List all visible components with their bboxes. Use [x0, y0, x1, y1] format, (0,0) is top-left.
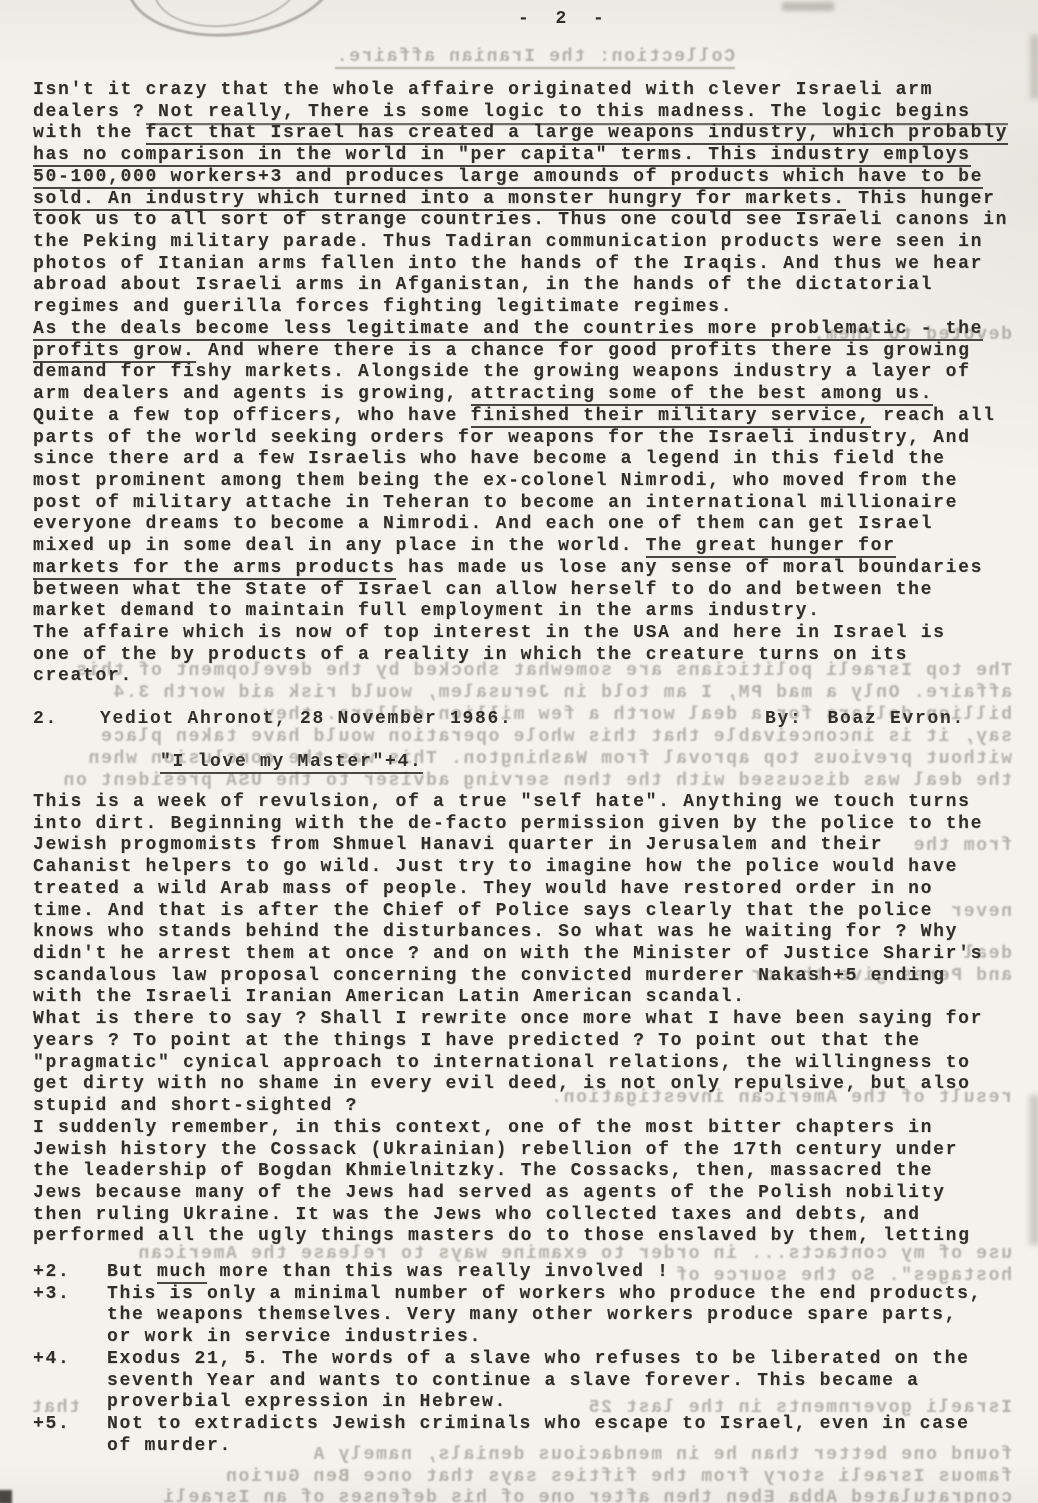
text-line: regimes and guerilla forces fighting leg… [33, 297, 1008, 319]
text-line: has no comparison in the world in "per c… [33, 145, 1008, 167]
text-segment: took us to all sort of strange countries… [33, 210, 1008, 230]
text-line: profits grow. And where there is a chanc… [33, 341, 1008, 363]
text-line: As the deals become less legitimate and … [33, 319, 1008, 341]
text-segment: This hunger [846, 189, 996, 209]
text-line: everyone dreams to become a Nimrodi. And… [33, 514, 1008, 536]
scan-smudge [1030, 35, 1038, 99]
text-segment: the leadership of Bogdan Khmielnitzky. T… [33, 1161, 933, 1181]
text-segment: profits grow. [33, 341, 196, 363]
text-line: years ? To point at the things I have pr… [33, 1031, 983, 1053]
article-title-text: "I love my Master"+4. [160, 752, 423, 774]
text-line: didn't he arrest them at once ? and on w… [33, 944, 983, 966]
text-segment: much [157, 1262, 207, 1284]
text-segment: the Peking military parade. Thus Tadiran… [33, 232, 983, 252]
text-line: of murder. [107, 1436, 970, 1458]
text-segment: reach all [871, 406, 996, 426]
footnote-text: Exodus 21, 5. The words of a slave who r… [107, 1349, 970, 1414]
text-line: Isn't it crazy that the whole affaire or… [33, 80, 1008, 102]
text-line: Not to extradicts Jewish criminals who e… [107, 1414, 970, 1436]
bleedthrough-line: Collection: the Iranian affaire. [333, 47, 735, 69]
text-line: knows who stands behind the disturbances… [33, 922, 983, 944]
text-line: scandalous law proposal concerning the c… [33, 966, 983, 988]
text-segment: knows who stands behind the disturbances… [33, 922, 958, 942]
footnote-marker: +3. [33, 1284, 71, 1306]
text-line: The affaire which is now of top interest… [33, 623, 1008, 645]
text-segment: has no comparison in the world in "per c… [33, 145, 971, 167]
text-segment: didn't he arrest them at once ? and on w… [33, 944, 983, 964]
section-source: Yediot Ahronot, 28 November 1986. [100, 709, 513, 731]
text-segment: parts of the world seeking orders for we… [33, 428, 971, 448]
text-segment: The affaire which is now of top interest… [33, 623, 946, 643]
text-line: Exodus 21, 5. The words of a slave who r… [107, 1349, 970, 1371]
text-segment: sold. An industry which turned into a mo… [33, 189, 846, 211]
scan-smudge [1029, 1095, 1038, 1245]
text-line: This is only a minimal number of workers… [107, 1284, 982, 1306]
text-segment: Cahanist helpers to go wild. Just try to… [33, 857, 958, 877]
text-segment: photos of Itanian arms fallen into the h… [33, 254, 983, 274]
scan-corner-mark [0, 1490, 12, 1503]
text-line: the weapons themselves. Very many other … [107, 1305, 982, 1327]
text-segment: performed all the ugly things masters do… [33, 1226, 971, 1246]
text-segment: years ? To point at the things I have pr… [33, 1031, 921, 1051]
text-segment: stupid and short-sighted ? [33, 1096, 358, 1116]
text-line: with the fact that Israel has created a … [33, 123, 1008, 145]
scan-smudge [782, 2, 834, 11]
text-line: parts of the world seeking orders for we… [33, 428, 1008, 450]
text-segment: one of the by products of a reality in w… [33, 645, 908, 665]
bleedthrough-line: famous Israeli story from the fifties sa… [30, 1467, 1012, 1489]
bleedthrough-text: Collection: the Iranian affaire. [335, 47, 735, 69]
text-segment: attracting some of the best among us. [471, 384, 934, 406]
text-segment: dealers ? Not really, There is some logi… [33, 102, 971, 122]
bleedthrough-text: the deal was discussed with the then ser… [62, 771, 1012, 791]
text-segment: the weapons themselves. Very many other … [107, 1305, 957, 1325]
section-byline: By: Boaz Evron. [765, 709, 965, 731]
text-line: demand for fishy markets. Alongside the … [33, 362, 1008, 384]
text-segment: The great hunger for [646, 536, 896, 558]
article-title: "I love my Master"+4. [160, 752, 423, 774]
text-segment: This is a week of revulsion, of a true "… [33, 792, 971, 812]
text-segment: And where there is a chance for good pro… [196, 341, 971, 361]
text-line: stupid and short-sighted ? [33, 1096, 983, 1118]
text-segment: What is there to say ? Shall I rewrite o… [33, 1009, 983, 1029]
text-line: performed all the ugly things masters do… [33, 1226, 983, 1248]
paragraph-arms-dealers: Isn't it crazy that the whole affaire or… [33, 80, 1008, 688]
footnote-text: But much more than this was really invol… [107, 1262, 670, 1284]
text-line: then ruling Ukraine. It was the Jews who… [33, 1205, 983, 1227]
text-segment: creator. [33, 666, 133, 686]
text-segment: more than this was really involved ! [207, 1262, 670, 1282]
text-segment: of murder. [107, 1436, 232, 1456]
text-line: one of the by products of a reality in w… [33, 645, 1008, 667]
paragraph-i-love-my-master: This is a week of revulsion, of a true "… [33, 792, 983, 1248]
text-line: Jews because many of the Jews had served… [33, 1183, 983, 1205]
text-segment: then ruling Ukraine. It was the Jews who… [33, 1205, 921, 1225]
text-line: post of military attache in Teheran to b… [33, 493, 1008, 515]
text-line: proverbial expression in Hebrew. [107, 1392, 970, 1414]
text-segment: demand for fishy markets. Alongside the … [33, 362, 971, 382]
text-segment: arm dealers and agents is growing, [33, 384, 471, 404]
text-line: mixed up in some deal in any place in th… [33, 536, 1008, 558]
bleedthrough-text: famous Israeli story from the fifties sa… [224, 1467, 1012, 1487]
text-line: get dirty with no shame in every evil de… [33, 1074, 983, 1096]
text-line: or work in service industries. [107, 1327, 982, 1349]
text-segment: I suddenly remember, in this context, on… [33, 1118, 933, 1138]
text-line: photos of Itanian arms fallen into the h… [33, 254, 1008, 276]
text-line: Cahanist helpers to go wild. Just try to… [33, 857, 983, 879]
text-segment: markets for the arms products [33, 558, 396, 580]
text-segment: seventh Year and wants to continue a sla… [107, 1371, 920, 1391]
text-segment: "pragmatic" cynical approach to internat… [33, 1053, 971, 1073]
text-segment: Jewish history the Cossack (Ukrainian) r… [33, 1140, 958, 1160]
text-segment: scandalous law proposal concerning the c… [33, 966, 946, 986]
text-segment: finished their military service, [471, 406, 871, 428]
text-line: But much more than this was really invol… [107, 1262, 670, 1284]
text-segment: everyone dreams to become a Nimrodi. And… [33, 514, 933, 534]
text-line: between what the State of Israel can all… [33, 580, 1008, 602]
text-line: "pragmatic" cynical approach to internat… [33, 1053, 983, 1075]
text-segment: get dirty with no shame in every evil de… [33, 1074, 971, 1094]
text-line: 50-100,000 workers+3 and produces large … [33, 167, 1008, 189]
text-segment: 50-100,000 workers+3 and produces large … [33, 167, 983, 189]
text-line: the Peking military parade. Thus Tadiran… [33, 232, 1008, 254]
text-line: abroad about Israeli arms in Afganistan,… [33, 275, 1008, 297]
text-line: creator. [33, 666, 1008, 688]
text-line: time. And that is after the Chief of Pol… [33, 901, 983, 923]
text-line: dealers ? Not really, There is some logi… [33, 102, 1008, 124]
text-line: the leadership of Bogdan Khmielnitzky. T… [33, 1161, 983, 1183]
text-line: Jewish progmomists from Shmuel Hanavi qu… [33, 835, 983, 857]
page-number: - 2 - [518, 7, 606, 31]
footnote-marker: +4. [33, 1349, 71, 1371]
text-line: into dirt. Beginning with the de-facto p… [33, 814, 983, 836]
text-line: markets for the arms products has made u… [33, 558, 1008, 580]
text-segment: Exodus 21, 5. The words of a slave who r… [107, 1349, 970, 1369]
text-segment: has made us lose any sense of moral boun… [396, 558, 984, 578]
text-line: seventh Year and wants to continue a sla… [107, 1371, 970, 1393]
text-segment: post of military attache in Teheran to b… [33, 493, 958, 513]
text-segment: proverbial expression in Hebrew. [107, 1392, 507, 1412]
text-segment: mixed up in some deal in any place in th… [33, 536, 646, 556]
text-segment: As the deals become less legitimate and … [33, 319, 983, 341]
text-line: market demand to maintain full employmen… [33, 601, 1008, 623]
text-segment: since there ard a few Israelis who have … [33, 449, 946, 469]
text-segment: time. And that is after the Chief of Pol… [33, 901, 933, 921]
text-segment: market demand to maintain full employmen… [33, 601, 821, 621]
text-line: treated a wild Arab mass of people. They… [33, 879, 983, 901]
text-segment: Quite a few top officers, who have [33, 406, 471, 426]
text-segment: with the [33, 123, 146, 143]
text-segment: This is only a minimal number of workers… [107, 1284, 982, 1304]
text-segment: Not to extradicts Jewish criminals who e… [107, 1414, 970, 1434]
text-segment: with the Israeli Iranian American Latin … [33, 987, 746, 1007]
section-number: 2. [33, 709, 58, 731]
text-line: most prominent among them being the ex-c… [33, 471, 1008, 493]
text-segment: Isn't it crazy that the whole affaire or… [33, 80, 933, 100]
text-segment: But [107, 1262, 157, 1282]
footnote-text: This is only a minimal number of workers… [107, 1284, 982, 1349]
bleedthrough-line: the deal was discussed with the then ser… [30, 771, 1012, 793]
text-segment: most prominent among them being the ex-c… [33, 471, 958, 491]
text-segment: abroad about Israeli arms in Afganistan,… [33, 275, 933, 295]
footnote-marker: +2. [33, 1262, 71, 1284]
text-line: took us to all sort of strange countries… [33, 210, 1008, 232]
text-line: Jewish history the Cossack (Ukrainian) r… [33, 1140, 983, 1162]
text-segment: treated a wild Arab mass of people. They… [33, 879, 933, 899]
text-segment: between what the State of Israel can all… [33, 580, 933, 600]
footnote-text: Not to extradicts Jewish criminals who e… [107, 1414, 970, 1457]
text-line: What is there to say ? Shall I rewrite o… [33, 1009, 983, 1031]
text-segment: or work in service industries. [107, 1327, 482, 1347]
text-line: Quite a few top officers, who have finis… [33, 406, 1008, 428]
text-line: with the Israeli Iranian American Latin … [33, 987, 983, 1009]
text-segment: fact that Israel has created a large wea… [146, 123, 1009, 145]
text-segment: Jews because many of the Jews had served… [33, 1183, 946, 1203]
footnote-marker: +5. [33, 1414, 71, 1436]
text-line: This is a week of revulsion, of a true "… [33, 792, 983, 814]
text-segment: Jewish progmomists from Shmuel Hanavi qu… [33, 835, 883, 855]
text-line: I suddenly remember, in this context, on… [33, 1118, 983, 1140]
text-line: since there ard a few Israelis who have … [33, 449, 1008, 471]
bleedthrough-line: congratulated Abba Eben then after one o… [30, 1488, 1012, 1503]
bleedthrough-text: congratulated Abba Eben then after one o… [162, 1488, 1012, 1503]
document-page: Collection: the Iranian affaire.devoted … [0, 0, 1038, 1503]
text-line: sold. An industry which turned into a mo… [33, 189, 1008, 211]
text-segment: into dirt. Beginning with the de-facto p… [33, 814, 983, 834]
text-segment: regimes and guerilla forces fighting leg… [33, 297, 733, 317]
text-line: arm dealers and agents is growing, attra… [33, 384, 1008, 406]
